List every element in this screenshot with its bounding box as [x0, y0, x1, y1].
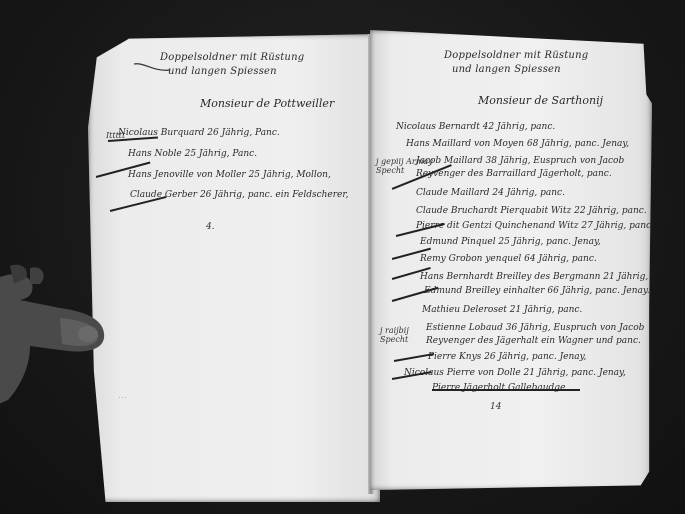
right-entry-10: Hans Bernhardt Breilley des Bergmann 21 … — [420, 272, 676, 282]
strike-mark — [432, 389, 580, 391]
left-entry-3: Hans Jenoville von Moller 25 Jährig, Mol… — [128, 170, 331, 180]
hand-icon — [0, 262, 110, 412]
right-margin-note-2b: Specht — [380, 335, 408, 344]
right-entry-7: Pierre dit Gentzi Quinchenand Witz 27 Jä… — [416, 221, 654, 231]
right-heading-line1: Doppelsoldner mit Rüstung — [444, 50, 588, 61]
bleedthrough-text: … — [118, 391, 127, 401]
left-entry-2: Hans Noble 25 Jährig, Panc. — [128, 149, 257, 159]
right-entry-9: Remy Grobon yenquel 64 Jährig, panc. — [420, 254, 597, 264]
right-captain: Monsieur de Sarthonij — [478, 94, 603, 107]
photo-background: Doppelsoldner mit Rüstung und langen Spi… — [0, 0, 685, 514]
left-heading-line1: Doppelsoldner mit Rüstung — [160, 52, 304, 63]
left-bottom-mark: 4. — [206, 222, 215, 232]
right-entry-8: Edmund Pinquel 25 Jährig, panc. Jenay, — [420, 237, 601, 247]
left-entry-4: Claude Gerber 26 Jährig, panc. ein Felds… — [130, 190, 349, 200]
right-entry-2: Hans Maillard von Moyen 68 Jährig, panc.… — [406, 139, 629, 149]
right-entry-14: Reyvenger des Jägerhalt ein Wagner und p… — [426, 336, 641, 346]
right-entry-13: Estienne Lobaud 36 Jährig, Euspruch von … — [426, 323, 644, 333]
left-captain: Monsieur de Pottweiller — [200, 97, 334, 110]
right-entry-17: Pierre Jägerholt Gallebaudge — [432, 383, 565, 393]
right-page: Doppelsoldner mit Rüstung und langen Spi… — [370, 30, 652, 490]
left-heading-line2: und langen Spiessen — [168, 66, 277, 77]
flourish-icon — [132, 60, 172, 74]
right-entry-11: Edmund Breilley einhalter 66 Jährig, pan… — [424, 286, 650, 296]
right-entry-1: Nicolaus Bernardt 42 Jährig, panc. — [396, 122, 555, 132]
right-entry-16: Nicolaus Pierre von Dolle 21 Jährig, pan… — [404, 368, 626, 378]
right-entry-5: Claude Maillard 24 Jährig, panc. — [416, 188, 565, 198]
right-margin-note-2a: j raijbij — [380, 326, 409, 335]
folio-number: 14 — [490, 402, 501, 412]
right-entry-15: Pierre Knys 26 Jährig, panc. Jenay, — [428, 352, 586, 362]
right-margin-note-1b: Specht — [376, 166, 404, 175]
left-page: Doppelsoldner mit Rüstung und langen Spi… — [88, 34, 380, 502]
left-entry-1: Nicolaus Burquard 26 Jährig, Panc. — [118, 128, 280, 138]
right-entry-12: Mathieu Deleroset 21 Jährig, panc. — [422, 305, 582, 315]
right-entry-6: Claude Bruchardt Pierquabit Witz 22 Jähr… — [416, 206, 647, 216]
right-heading-line2: und langen Spiessen — [452, 64, 561, 75]
right-entry-4: Reyvenger des Barraillard Jägerholt, pan… — [416, 169, 612, 179]
